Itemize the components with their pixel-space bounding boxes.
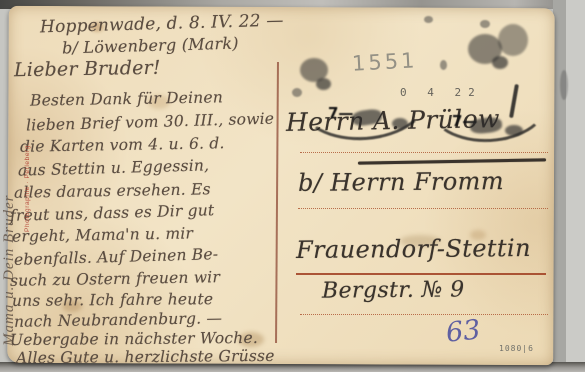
pencil-number: 1551 xyxy=(351,48,418,75)
stamp-residue-speck xyxy=(440,60,447,70)
stamp-residue-blob xyxy=(316,78,331,90)
postmark-blob xyxy=(505,125,523,136)
message-line: Uebergabe in nächster Woche. xyxy=(10,329,258,349)
message-salutation: Lieber Bruder! xyxy=(14,57,161,82)
postmark-digits: 0 4 22 xyxy=(400,86,482,99)
address-dotted-line xyxy=(300,152,548,153)
message-line: Besten Dank für Deinen xyxy=(30,88,223,109)
postmark-blob xyxy=(392,118,408,129)
address-line-2: b/ Herrn Fromm xyxy=(298,167,504,197)
scanner-right-margin xyxy=(566,0,585,372)
message-line: nach Neubrandenburg. — xyxy=(14,309,222,331)
message-line: such zu Ostern freuen wir xyxy=(10,268,220,290)
address-dotted-line xyxy=(300,314,548,315)
address-line-3: Frauendorf-Stettin xyxy=(296,234,531,264)
address-dotted-line xyxy=(298,208,548,209)
stamp-residue-speck xyxy=(560,70,568,100)
margin-signature: Mama u. Dein Bruder xyxy=(1,195,18,346)
stamp-residue-speck xyxy=(292,88,302,97)
postmark-time-left: 7— xyxy=(328,104,353,122)
address-line-4: Bergstr. № 9 xyxy=(322,277,465,303)
printer-imprint: Photographie · Perleberg. xyxy=(24,143,31,232)
address-red-underline xyxy=(296,273,546,275)
stamp-residue-speck xyxy=(424,16,433,23)
message-line: alles daraus ersehen. Es xyxy=(14,180,211,201)
collector-number: 63 xyxy=(444,314,481,348)
message-line: uns sehr. Ich fahre heute xyxy=(12,290,213,310)
message-line: ergeht, Mama'n u. mir xyxy=(12,224,193,245)
stamp-residue-blob xyxy=(498,24,528,56)
message-line: die Karten vom 4. u. 6. d. xyxy=(20,134,225,156)
stamp-residue-speck xyxy=(480,20,490,28)
message-line: Alles Gute u. herzlichste Grüsse xyxy=(16,347,275,367)
stamp-residue-blob xyxy=(492,56,508,69)
postcard-scan: Hoppenwade, d. 8. IV. 22 — b/ Löwenberg … xyxy=(0,0,585,372)
printer-code: 1080|6 xyxy=(499,344,534,353)
